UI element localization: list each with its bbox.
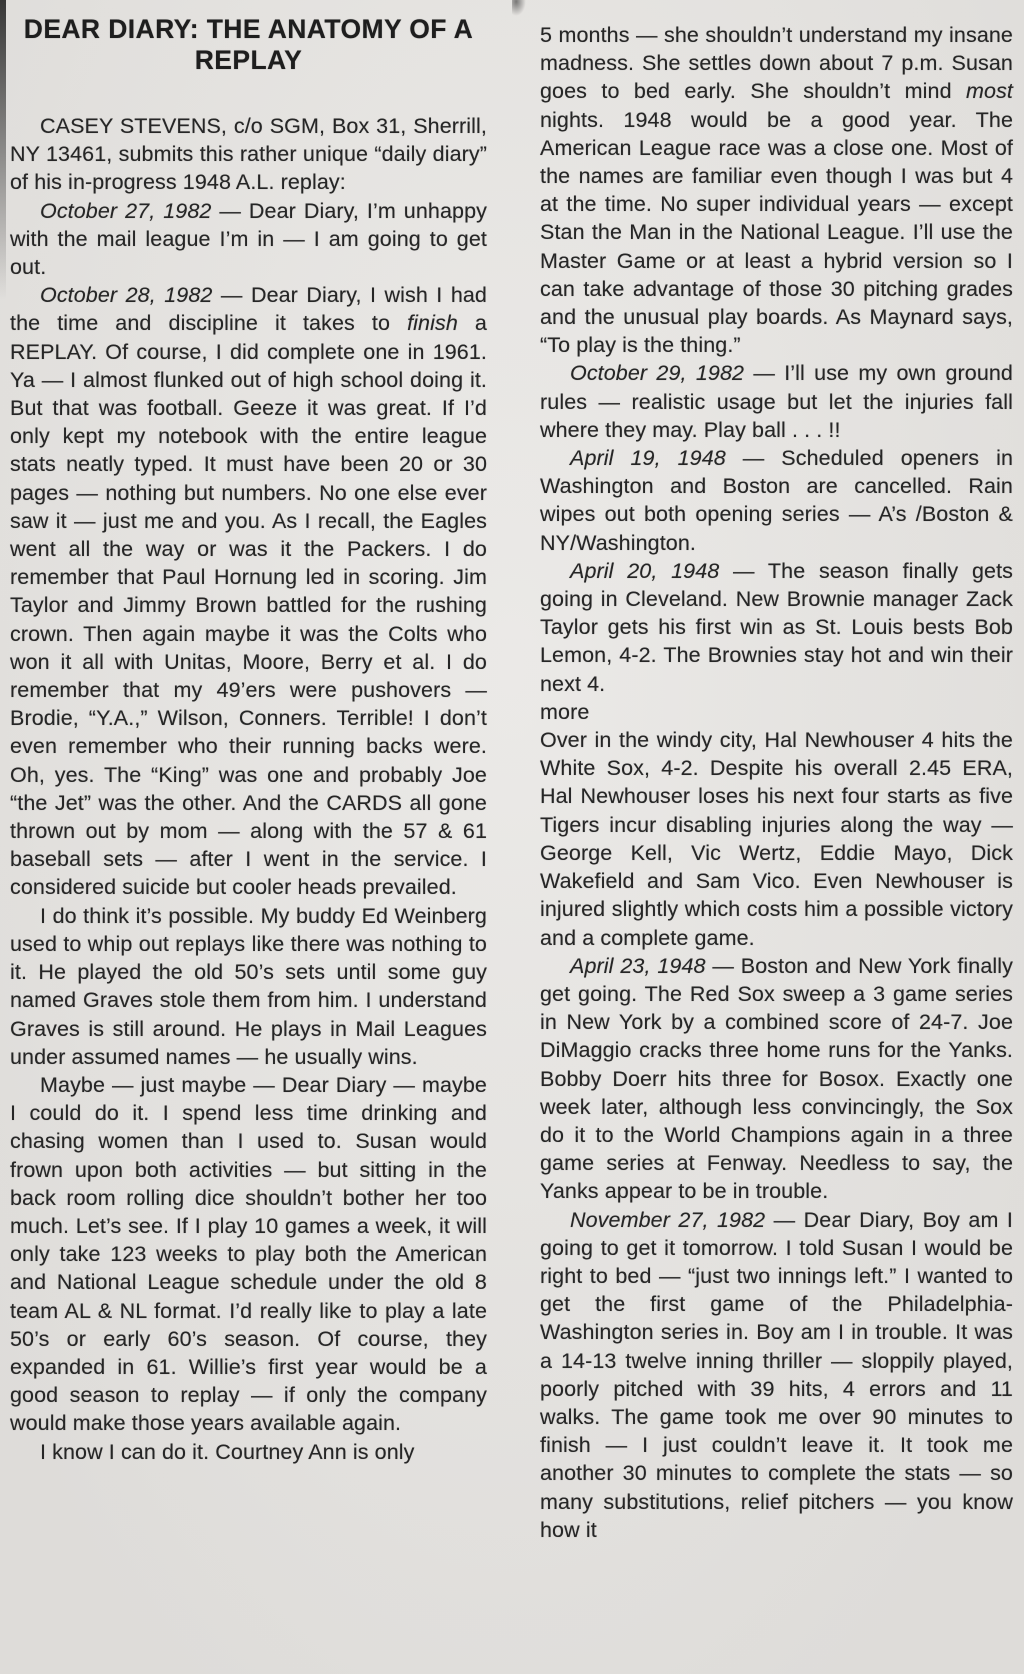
text-segment: — Boston and New York finally get going.… <box>540 954 1013 1204</box>
left-column-text: CASEY STEVENS, c/o SGM, Box 31, Sherrill… <box>10 112 487 1466</box>
text-segment: I do think it’s possible. My buddy Ed We… <box>10 904 487 1069</box>
scanned-page: DEAR DIARY: THE ANATOMY OF A REPLAY CASE… <box>0 0 1024 1674</box>
italic-text-segment: April 23, 1948 <box>570 954 706 978</box>
right-column-text: 5 months — she shouldn’t understand my i… <box>540 21 1013 1544</box>
text-segment: nights. 1948 would be a good year. The A… <box>540 108 1013 358</box>
paragraph: Over in the windy city, Hal Newhouser 4 … <box>540 726 1013 952</box>
article-title: DEAR DIARY: THE ANATOMY OF A REPLAY <box>10 14 487 76</box>
article-title-line-1: DEAR DIARY: THE ANATOMY OF A <box>10 14 487 45</box>
paragraph: CASEY STEVENS, c/o SGM, Box 31, Sherrill… <box>10 112 487 197</box>
scan-edge-artifact <box>0 0 6 300</box>
paragraph: April 23, 1948 — Boston and New York fin… <box>540 952 1013 1206</box>
paragraph: April 20, 1948 — The season finally gets… <box>540 557 1013 698</box>
italic-text-segment: October 28, 1982 <box>40 283 212 307</box>
right-column: 5 months — she shouldn’t understand my i… <box>540 21 1013 1544</box>
italic-text-segment: most <box>966 79 1013 103</box>
paragraph: November 27, 1982 — Dear Diary, Boy am I… <box>540 1206 1013 1544</box>
paragraph: more <box>540 698 1013 726</box>
text-segment: CASEY STEVENS, c/o SGM, Box 31, Sherrill… <box>10 114 487 194</box>
paragraph: Maybe — just maybe — Dear Diary — maybe … <box>10 1071 487 1438</box>
text-segment: — Dear Diary, Boy am I going to get it t… <box>540 1208 1013 1542</box>
text-segment: 5 months — she shouldn’t understand my i… <box>540 23 1013 103</box>
paragraph: I know I can do it. Courtney Ann is only <box>10 1438 487 1466</box>
text-segment: Maybe — just maybe — Dear Diary — maybe … <box>10 1073 487 1435</box>
text-segment: I know I can do it. Courtney Ann is only <box>40 1440 414 1464</box>
text-segment: Over in the windy city, Hal Newhouser 4 … <box>540 728 1013 949</box>
paragraph: April 19, 1948 — Scheduled openers in Wa… <box>540 444 1013 557</box>
paragraph: October 29, 1982 — I’ll use my own groun… <box>540 359 1013 444</box>
text-segment: a REPLAY. Of course, I did complete one … <box>10 311 487 899</box>
scan-blotch-artifact <box>512 0 526 16</box>
italic-text-segment: November 27, 1982 <box>570 1208 765 1232</box>
italic-text-segment: finish <box>407 311 458 335</box>
paragraph: October 28, 1982 — Dear Diary, I wish I … <box>10 281 487 901</box>
paragraph: 5 months — she shouldn’t understand my i… <box>540 21 1013 359</box>
left-column: DEAR DIARY: THE ANATOMY OF A REPLAY CASE… <box>10 14 487 1466</box>
paragraph: October 27, 1982 — Dear Diary, I’m unhap… <box>10 197 487 282</box>
text-segment: more <box>540 700 589 724</box>
italic-text-segment: October 27, 1982 <box>40 199 211 223</box>
paragraph: I do think it’s possible. My buddy Ed We… <box>10 902 487 1071</box>
italic-text-segment: April 19, 1948 <box>570 446 726 470</box>
italic-text-segment: April 20, 1948 <box>570 559 719 583</box>
article-title-line-2: REPLAY <box>10 45 487 76</box>
italic-text-segment: October 29, 1982 <box>570 361 744 385</box>
